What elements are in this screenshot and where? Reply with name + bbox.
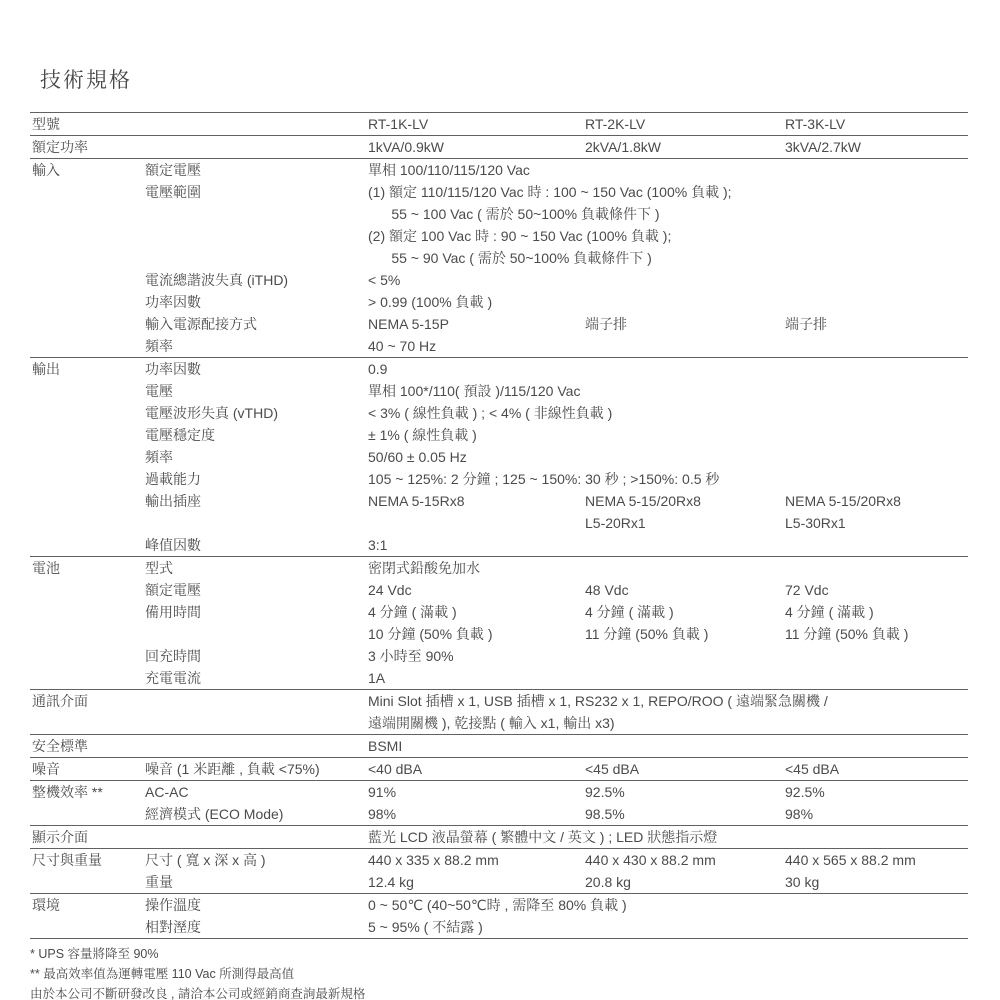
row-label: 充電電流	[145, 667, 368, 689]
row-value-col2: 92.5%	[585, 781, 785, 803]
row-category: 安全標準	[30, 735, 145, 757]
row-values: 24 Vdc48 Vdc72 Vdc	[368, 579, 968, 601]
row-label: 相對溼度	[145, 916, 368, 938]
row-label: 操作溫度	[145, 894, 368, 916]
row-values: 105 ~ 125%: 2 分鐘 ; 125 ~ 150%: 30 秒 ; >1…	[368, 468, 968, 490]
row-values: 單相 100*/110( 預設 )/115/120 Vac	[368, 380, 968, 402]
row-value: < 3% ( 線性負載 ) ; < 4% ( 非線性負載 )	[368, 402, 968, 424]
table-row: 備用時間4 分鐘 ( 滿載 ) 10 分鐘 (50% 負載 )4 分鐘 ( 滿載…	[30, 601, 968, 645]
table-row: 額定功率1kVA/0.9kW2kVA/1.8kW3kVA/2.7kW	[30, 136, 968, 158]
row-value-col1: NEMA 5-15P	[368, 313, 585, 335]
row-value-col2: 端子排	[585, 313, 785, 335]
row-label: 電壓	[145, 380, 368, 402]
row-value-col1: 4 分鐘 ( 滿載 ) 10 分鐘 (50% 負載 )	[368, 601, 585, 645]
row-label: 備用時間	[145, 601, 368, 623]
footnotes: * UPS 容量將降至 90%** 最高效率值為運轉電壓 110 Vac 所測得…	[30, 944, 968, 1000]
row-value: > 0.99 (100% 負載 )	[368, 291, 968, 313]
row-category: 輸出	[30, 358, 145, 380]
row-values: (1) 額定 110/115/120 Vac 時 : 100 ~ 150 Vac…	[368, 181, 968, 269]
table-row: 功率因數> 0.99 (100% 負載 )	[30, 291, 968, 313]
row-value-col3: 4 分鐘 ( 滿載 ) 11 分鐘 (50% 負載 )	[785, 601, 968, 645]
row-label: 輸入電源配接方式	[145, 313, 368, 335]
table-row: 整機效率 **AC-AC91%92.5%92.5%	[30, 781, 968, 803]
row-values: ± 1% ( 線性負載 )	[368, 424, 968, 446]
table-section-dimensions-weight: 尺寸與重量尺寸 ( 寬 x 深 x 高 )440 x 335 x 88.2 mm…	[30, 849, 968, 894]
row-values: 98%98.5%98%	[368, 803, 968, 825]
row-values: NEMA 5-15P端子排端子排	[368, 313, 968, 335]
row-value-col1: 12.4 kg	[368, 871, 585, 893]
table-row: 相對溼度5 ~ 95% ( 不結露 )	[30, 916, 968, 938]
row-value-col3: 440 x 565 x 88.2 mm	[785, 849, 968, 871]
table-row: 電池型式密閉式鉛酸免加水	[30, 557, 968, 579]
row-value: Mini Slot 插槽 x 1, USB 插槽 x 1, RS232 x 1,…	[368, 690, 968, 734]
row-value-col1: 98%	[368, 803, 585, 825]
table-row: 經濟模式 (ECO Mode)98%98.5%98%	[30, 803, 968, 825]
row-label: 電壓穩定度	[145, 424, 368, 446]
row-label: 重量	[145, 871, 368, 893]
row-values: 1A	[368, 667, 968, 689]
row-value-col3: 92.5%	[785, 781, 968, 803]
row-values: < 3% ( 線性負載 ) ; < 4% ( 非線性負載 )	[368, 402, 968, 424]
row-value: 藍光 LCD 液晶螢幕 ( 繁體中文 / 英文 ) ; LED 狀態指示燈	[368, 826, 968, 848]
row-value: 105 ~ 125%: 2 分鐘 ; 125 ~ 150%: 30 秒 ; >1…	[368, 468, 968, 490]
table-row: 過載能力105 ~ 125%: 2 分鐘 ; 125 ~ 150%: 30 秒 …	[30, 468, 968, 490]
row-label: 電壓範圍	[145, 181, 368, 203]
row-value: 0.9	[368, 358, 968, 380]
row-category: 電池	[30, 557, 145, 579]
table-section-battery: 電池型式密閉式鉛酸免加水額定電壓24 Vdc48 Vdc72 Vdc備用時間4 …	[30, 557, 968, 690]
table-row: 峰值因數3:1	[30, 534, 968, 556]
table-row: 輸入電源配接方式NEMA 5-15P端子排端子排	[30, 313, 968, 335]
row-value-col3: <45 dBA	[785, 758, 968, 780]
table-section-output: 輸出功率因數0.9電壓單相 100*/110( 預設 )/115/120 Vac…	[30, 358, 968, 557]
row-values: 1kVA/0.9kW2kVA/1.8kW3kVA/2.7kW	[368, 136, 968, 158]
row-category: 環境	[30, 894, 145, 916]
row-values: 藍光 LCD 液晶螢幕 ( 繁體中文 / 英文 ) ; LED 狀態指示燈	[368, 826, 968, 848]
table-section-communication: 通訊介面Mini Slot 插槽 x 1, USB 插槽 x 1, RS232 …	[30, 690, 968, 735]
row-value-col2: 440 x 430 x 88.2 mm	[585, 849, 785, 871]
table-row: 額定電壓24 Vdc48 Vdc72 Vdc	[30, 579, 968, 601]
row-value: ± 1% ( 線性負載 )	[368, 424, 968, 446]
row-value: 5 ~ 95% ( 不結露 )	[368, 916, 968, 938]
row-values: 3:1	[368, 534, 968, 556]
table-row: 回充時間3 小時至 90%	[30, 645, 968, 667]
row-values: NEMA 5-15Rx8NEMA 5-15/20Rx8 L5-20Rx1NEMA…	[368, 490, 968, 534]
row-category: 整機效率 **	[30, 781, 145, 803]
row-value-col2: 98.5%	[585, 803, 785, 825]
table-row: 電壓範圍(1) 額定 110/115/120 Vac 時 : 100 ~ 150…	[30, 181, 968, 269]
row-label: AC-AC	[145, 781, 368, 803]
row-values: 0.9	[368, 358, 968, 380]
table-row: 電壓波形失真 (vTHD)< 3% ( 線性負載 ) ; < 4% ( 非線性負…	[30, 402, 968, 424]
row-category: 顯示介面	[30, 826, 145, 848]
table-row: 電流總諧波失真 (iTHD)< 5%	[30, 269, 968, 291]
table-section-safety: 安全標準BSMI	[30, 735, 968, 758]
row-value-col3: RT-3K-LV	[785, 113, 968, 135]
page-title: 技術規格	[40, 64, 968, 94]
spec-table: 型號RT-1K-LVRT-2K-LVRT-3K-LV額定功率1kVA/0.9kW…	[30, 112, 968, 939]
row-value: BSMI	[368, 735, 968, 757]
row-label: 經濟模式 (ECO Mode)	[145, 803, 368, 825]
row-value: 40 ~ 70 Hz	[368, 335, 968, 357]
row-value-col3: NEMA 5-15/20Rx8 L5-30Rx1	[785, 490, 968, 534]
table-section-environment: 環境操作溫度0 ~ 50℃ (40~50℃時 , 需降至 80% 負載 )相對溼…	[30, 894, 968, 939]
row-category: 額定功率	[30, 136, 145, 158]
table-row: 環境操作溫度0 ~ 50℃ (40~50℃時 , 需降至 80% 負載 )	[30, 894, 968, 916]
table-section-rated-power: 額定功率1kVA/0.9kW2kVA/1.8kW3kVA/2.7kW	[30, 136, 968, 159]
table-row: 電壓單相 100*/110( 預設 )/115/120 Vac	[30, 380, 968, 402]
row-value-col3: 30 kg	[785, 871, 968, 893]
row-label: 電壓波形失真 (vTHD)	[145, 402, 368, 424]
table-row: 通訊介面Mini Slot 插槽 x 1, USB 插槽 x 1, RS232 …	[30, 690, 968, 734]
row-values: 密閉式鉛酸免加水	[368, 557, 968, 579]
table-row: 充電電流1A	[30, 667, 968, 689]
table-row: 噪音噪音 (1 米距離 , 負載 <75%)<40 dBA<45 dBA<45 …	[30, 758, 968, 780]
table-row: 輸出插座NEMA 5-15Rx8NEMA 5-15/20Rx8 L5-20Rx1…	[30, 490, 968, 534]
row-value-col2: <45 dBA	[585, 758, 785, 780]
row-label: 峰值因數	[145, 534, 368, 556]
table-row: 輸入額定電壓單相 100/110/115/120 Vac	[30, 159, 968, 181]
row-value-col1: RT-1K-LV	[368, 113, 585, 135]
row-values: 50/60 ± 0.05 Hz	[368, 446, 968, 468]
row-label: 額定電壓	[145, 159, 368, 181]
row-value: 3 小時至 90%	[368, 645, 968, 667]
row-value-col1: 1kVA/0.9kW	[368, 136, 585, 158]
row-value-col2: 48 Vdc	[585, 579, 785, 601]
row-label: 過載能力	[145, 468, 368, 490]
table-section-noise: 噪音噪音 (1 米距離 , 負載 <75%)<40 dBA<45 dBA<45 …	[30, 758, 968, 781]
row-value: 3:1	[368, 534, 968, 556]
row-values: 0 ~ 50℃ (40~50℃時 , 需降至 80% 負載 )	[368, 894, 968, 916]
row-value-col2: 4 分鐘 ( 滿載 ) 11 分鐘 (50% 負載 )	[585, 601, 785, 645]
table-row: 頻率50/60 ± 0.05 Hz	[30, 446, 968, 468]
row-value-col3: 98%	[785, 803, 968, 825]
table-row: 型號RT-1K-LVRT-2K-LVRT-3K-LV	[30, 113, 968, 135]
table-row: 安全標準BSMI	[30, 735, 968, 757]
row-value-col3: 端子排	[785, 313, 968, 335]
row-value-col1: <40 dBA	[368, 758, 585, 780]
row-value: (1) 額定 110/115/120 Vac 時 : 100 ~ 150 Vac…	[368, 181, 968, 269]
row-label: 電流總諧波失真 (iTHD)	[145, 269, 368, 291]
row-label: 型式	[145, 557, 368, 579]
row-values: <40 dBA<45 dBA<45 dBA	[368, 758, 968, 780]
table-section-efficiency: 整機效率 **AC-AC91%92.5%92.5%經濟模式 (ECO Mode)…	[30, 781, 968, 826]
row-value: 單相 100*/110( 預設 )/115/120 Vac	[368, 380, 968, 402]
row-label: 額定電壓	[145, 579, 368, 601]
row-value-col3: 3kVA/2.7kW	[785, 136, 968, 158]
row-value-col2: RT-2K-LV	[585, 113, 785, 135]
row-label: 輸出插座	[145, 490, 368, 512]
row-values: 12.4 kg20.8 kg30 kg	[368, 871, 968, 893]
table-section-model: 型號RT-1K-LVRT-2K-LVRT-3K-LV	[30, 113, 968, 136]
table-row: 電壓穩定度± 1% ( 線性負載 )	[30, 424, 968, 446]
spec-sheet-page: 技術規格 型號RT-1K-LVRT-2K-LVRT-3K-LV額定功率1kVA/…	[0, 0, 1000, 1000]
row-value-col1: NEMA 5-15Rx8	[368, 490, 585, 512]
row-value: 50/60 ± 0.05 Hz	[368, 446, 968, 468]
row-values: 單相 100/110/115/120 Vac	[368, 159, 968, 181]
row-value-col2: 20.8 kg	[585, 871, 785, 893]
row-label: 功率因數	[145, 358, 368, 380]
table-row: 尺寸與重量尺寸 ( 寬 x 深 x 高 )440 x 335 x 88.2 mm…	[30, 849, 968, 871]
table-row: 輸出功率因數0.9	[30, 358, 968, 380]
row-values: Mini Slot 插槽 x 1, USB 插槽 x 1, RS232 x 1,…	[368, 690, 968, 734]
row-values: < 5%	[368, 269, 968, 291]
row-category: 輸入	[30, 159, 145, 181]
row-label: 頻率	[145, 446, 368, 468]
row-label: 回充時間	[145, 645, 368, 667]
row-category: 型號	[30, 113, 145, 135]
row-category: 通訊介面	[30, 690, 145, 712]
row-values: > 0.99 (100% 負載 )	[368, 291, 968, 313]
footnote-1: * UPS 容量將降至 90%	[30, 944, 968, 964]
row-values: BSMI	[368, 735, 968, 757]
row-value-col2: NEMA 5-15/20Rx8 L5-20Rx1	[585, 490, 785, 534]
row-value-col2: 2kVA/1.8kW	[585, 136, 785, 158]
row-value-col1: 91%	[368, 781, 585, 803]
row-value-col1: 440 x 335 x 88.2 mm	[368, 849, 585, 871]
table-row: 頻率40 ~ 70 Hz	[30, 335, 968, 357]
row-value-col1: 24 Vdc	[368, 579, 585, 601]
row-values: 5 ~ 95% ( 不結露 )	[368, 916, 968, 938]
row-label: 噪音 (1 米距離 , 負載 <75%)	[145, 758, 368, 780]
row-values: 3 小時至 90%	[368, 645, 968, 667]
row-value: < 5%	[368, 269, 968, 291]
row-label: 頻率	[145, 335, 368, 357]
row-category: 尺寸與重量	[30, 849, 145, 871]
table-section-display: 顯示介面藍光 LCD 液晶螢幕 ( 繁體中文 / 英文 ) ; LED 狀態指示…	[30, 826, 968, 849]
row-values: 91%92.5%92.5%	[368, 781, 968, 803]
row-values: RT-1K-LVRT-2K-LVRT-3K-LV	[368, 113, 968, 135]
row-value: 單相 100/110/115/120 Vac	[368, 159, 968, 181]
row-values: 40 ~ 70 Hz	[368, 335, 968, 357]
row-label: 尺寸 ( 寬 x 深 x 高 )	[145, 849, 368, 871]
row-value: 密閉式鉛酸免加水	[368, 557, 968, 579]
table-section-input: 輸入額定電壓單相 100/110/115/120 Vac電壓範圍(1) 額定 1…	[30, 159, 968, 358]
footnote-3: 由於本公司不斷研發改良 , 請洽本公司或經銷商查詢最新規格	[30, 984, 968, 1000]
row-values: 440 x 335 x 88.2 mm440 x 430 x 88.2 mm44…	[368, 849, 968, 871]
row-value-col3: 72 Vdc	[785, 579, 968, 601]
row-value: 0 ~ 50℃ (40~50℃時 , 需降至 80% 負載 )	[368, 894, 968, 916]
row-value: 1A	[368, 667, 968, 689]
row-category: 噪音	[30, 758, 145, 780]
row-values: 4 分鐘 ( 滿載 ) 10 分鐘 (50% 負載 )4 分鐘 ( 滿載 ) 1…	[368, 601, 968, 645]
table-row: 顯示介面藍光 LCD 液晶螢幕 ( 繁體中文 / 英文 ) ; LED 狀態指示…	[30, 826, 968, 848]
table-row: 重量12.4 kg20.8 kg30 kg	[30, 871, 968, 893]
footnote-2: ** 最高效率值為運轉電壓 110 Vac 所測得最高值	[30, 964, 968, 984]
row-label: 功率因數	[145, 291, 368, 313]
